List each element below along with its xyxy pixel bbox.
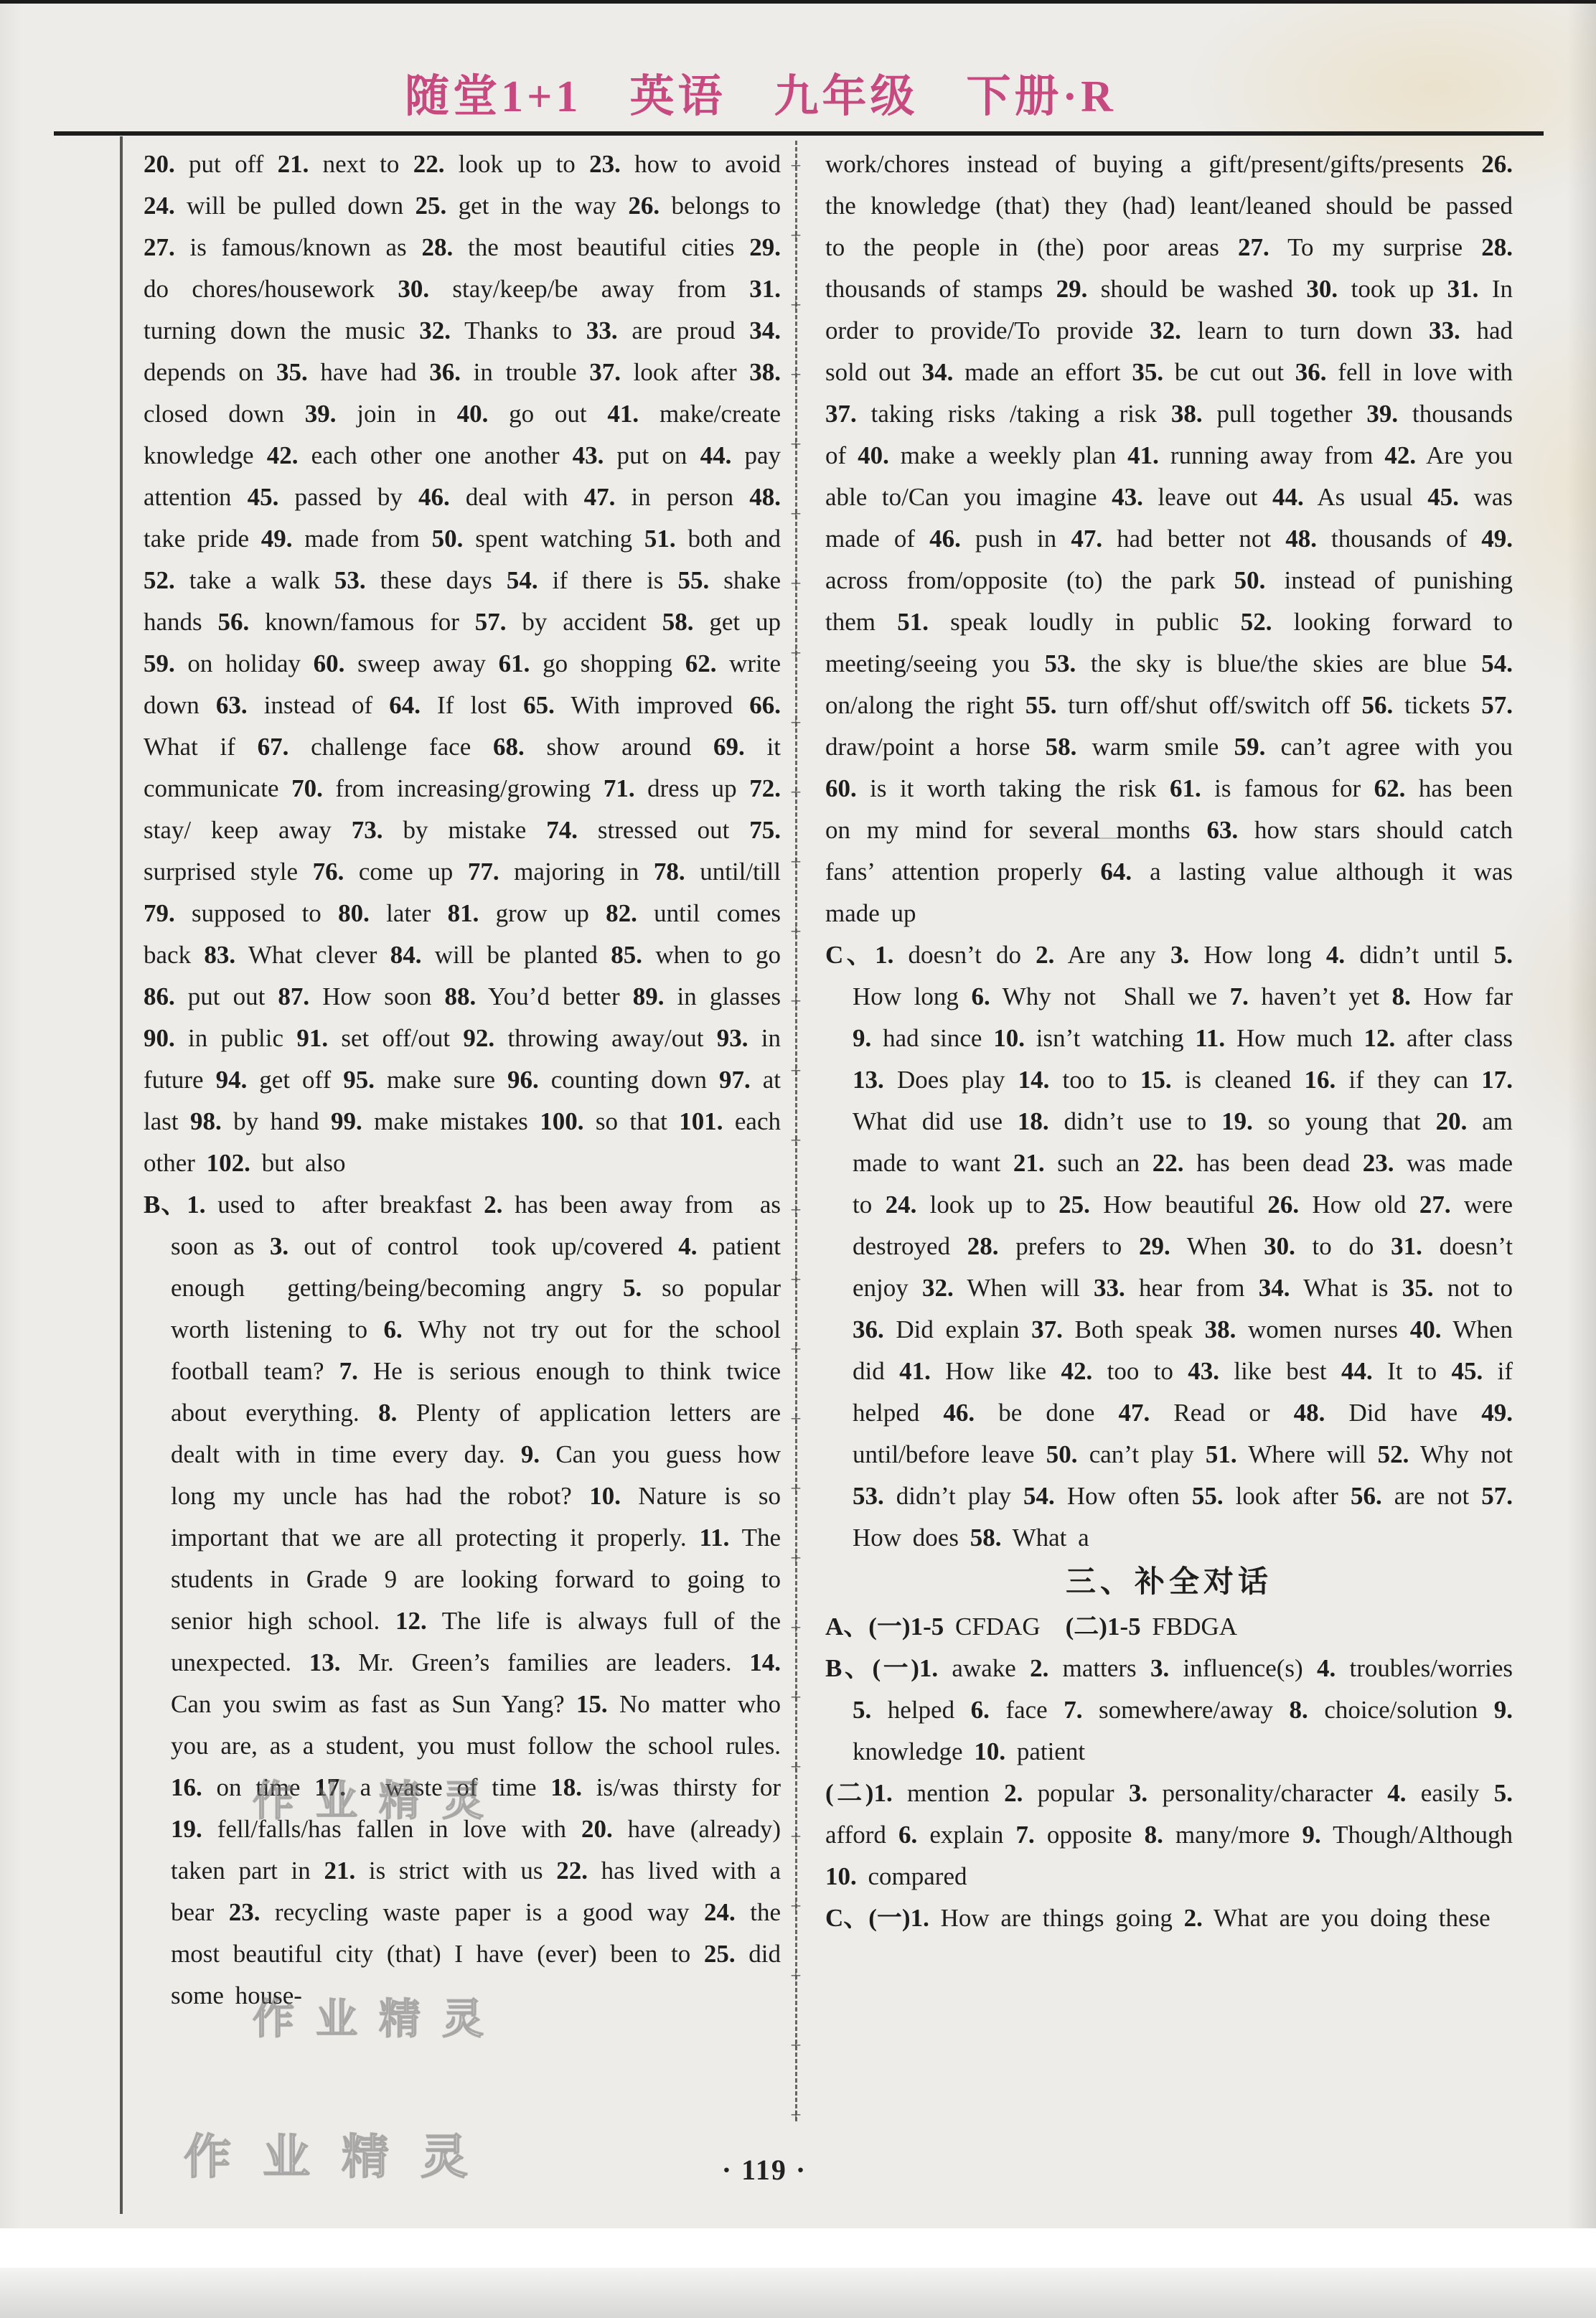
title-divider-rule bbox=[54, 131, 1544, 136]
dialog-answers-c-part1: C、(一)1. How are things going 2. What are… bbox=[825, 1897, 1513, 1939]
watermark: 作业精灵 bbox=[253, 1767, 505, 1827]
answers-section-b: B、1. used to after breakfast 2. has been… bbox=[144, 1184, 781, 2017]
dialog-answers-b-part1: B、(一)1. awake 2. matters 3. influence(s)… bbox=[825, 1648, 1513, 1773]
dialog-answers-b-part2: (二)1. mention 2. popular 3. personality/… bbox=[825, 1773, 1513, 1897]
watermark: 作业精灵 bbox=[253, 1985, 505, 2045]
dialog-answers-a: A、(一)1-5 CFDAG (二)1-5 FBDGA bbox=[825, 1606, 1513, 1648]
answers-section-b-continued: work/chores instead of buying a gift/pre… bbox=[825, 144, 1513, 934]
answers-section-c: C、1. doesn’t do 2. Are any 3. How long 4… bbox=[825, 934, 1513, 1559]
scan-bottom-band bbox=[0, 2268, 1596, 2318]
right-column: work/chores instead of buying a gift/pre… bbox=[825, 144, 1513, 1939]
section-3-heading: 三、补全对话 bbox=[825, 1562, 1513, 1603]
left-column: 20. put off 21. next to 22. look up to 2… bbox=[144, 144, 781, 2017]
left-margin-rule bbox=[120, 136, 123, 2214]
scanned-answer-page: 随堂1+1 英语 九年级 下册·R ++++++++++++++++++++++… bbox=[0, 0, 1596, 2318]
page-title: 随堂1+1 英语 九年级 下册·R bbox=[0, 60, 1521, 124]
page-number: · 119 · bbox=[685, 2153, 843, 2187]
watermark: 作业精灵 bbox=[184, 2118, 499, 2187]
column-cut-line: +++++++++++++++++++++++++++++ bbox=[795, 141, 797, 2121]
page-top-edge bbox=[0, 0, 1596, 4]
answers-vocab-section-a-continued: 20. put off 21. next to 22. look up to 2… bbox=[144, 144, 781, 1184]
